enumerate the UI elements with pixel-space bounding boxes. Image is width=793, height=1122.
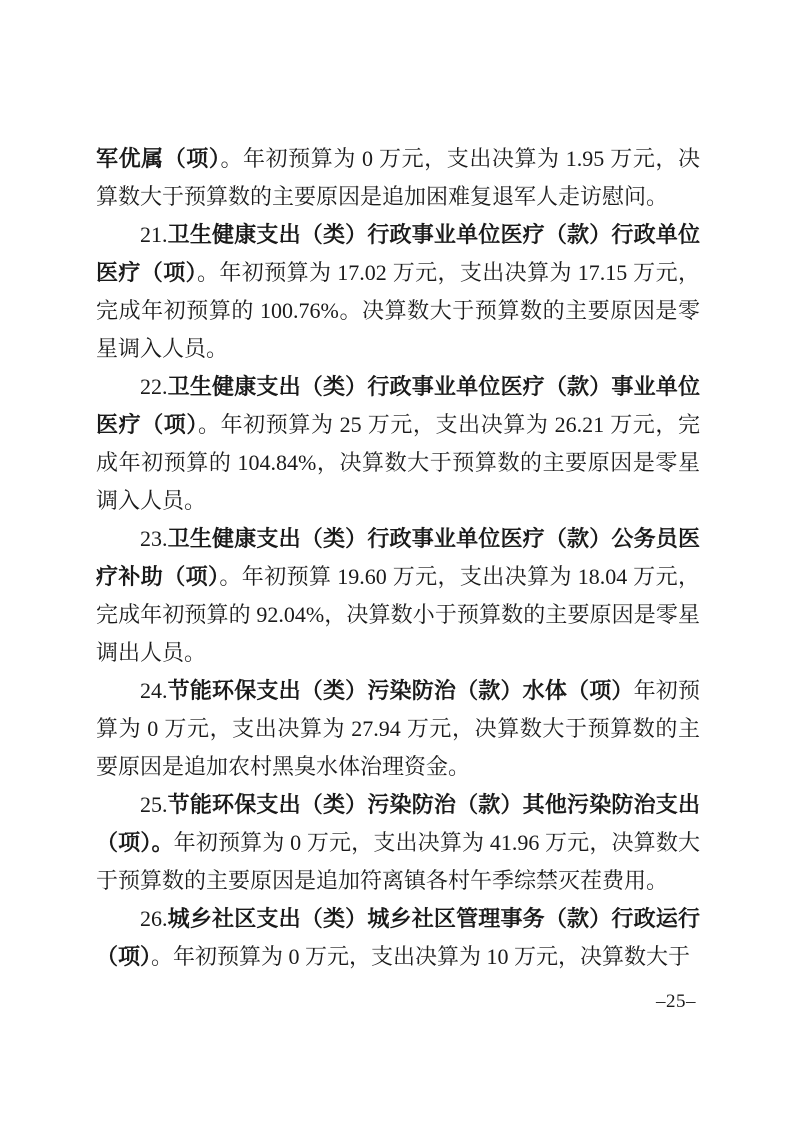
paragraph-item-22: 22.卫生健康支出（类）行政事业单位医疗（款）事业单位医疗（项）。年初预算为 2… [96,368,700,520]
paragraph-item-26: 26.城乡社区支出（类）城乡社区管理事务（款）行政运行（项）。年初预算为 0 万… [96,900,700,976]
item-number: 22. [140,374,168,399]
continuation-bold-lead: 军优属（项） [96,146,220,171]
item-number: 21. [140,222,168,247]
item-number: 24. [140,678,168,703]
paragraph-item-25: 25.节能环保支出（类）污染防治（款）其他污染防治支出（项）。年初预算为 0 万… [96,786,700,900]
page-body: 军优属（项）。年初预算为 0 万元，支出决算为 1.95 万元，决算数大于预算数… [96,140,700,976]
item-body-text: 年初预算为 0 万元，支出决算为 41.96 万元，决算数大于预算数的主要原因是… [96,830,700,893]
paragraph-item-23: 23.卫生健康支出（类）行政事业单位医疗（款）公务员医疗补助（项）。年初预算 1… [96,520,700,672]
document-page: 军优属（项）。年初预算为 0 万元，支出决算为 1.95 万元，决算数大于预算数… [0,0,793,1122]
item-number: 26. [140,906,168,931]
item-title-bold: 节能环保支出（类）污染防治（款）水体（项） [168,678,634,703]
paragraph-item-21: 21.卫生健康支出（类）行政事业单位医疗（款）行政单位医疗（项）。年初预算为 1… [96,216,700,368]
item-number: 23. [140,526,168,551]
item-body-text: 。年初预算为 0 万元，支出决算为 10 万元，决算数大于 [151,944,690,969]
item-number: 25. [140,792,168,817]
paragraph-item-20-continuation: 军优属（项）。年初预算为 0 万元，支出决算为 1.95 万元，决算数大于预算数… [96,140,700,216]
page-number: –25– [656,991,696,1013]
paragraph-item-24: 24.节能环保支出（类）污染防治（款）水体（项）年初预算为 0 万元，支出决算为… [96,672,700,786]
